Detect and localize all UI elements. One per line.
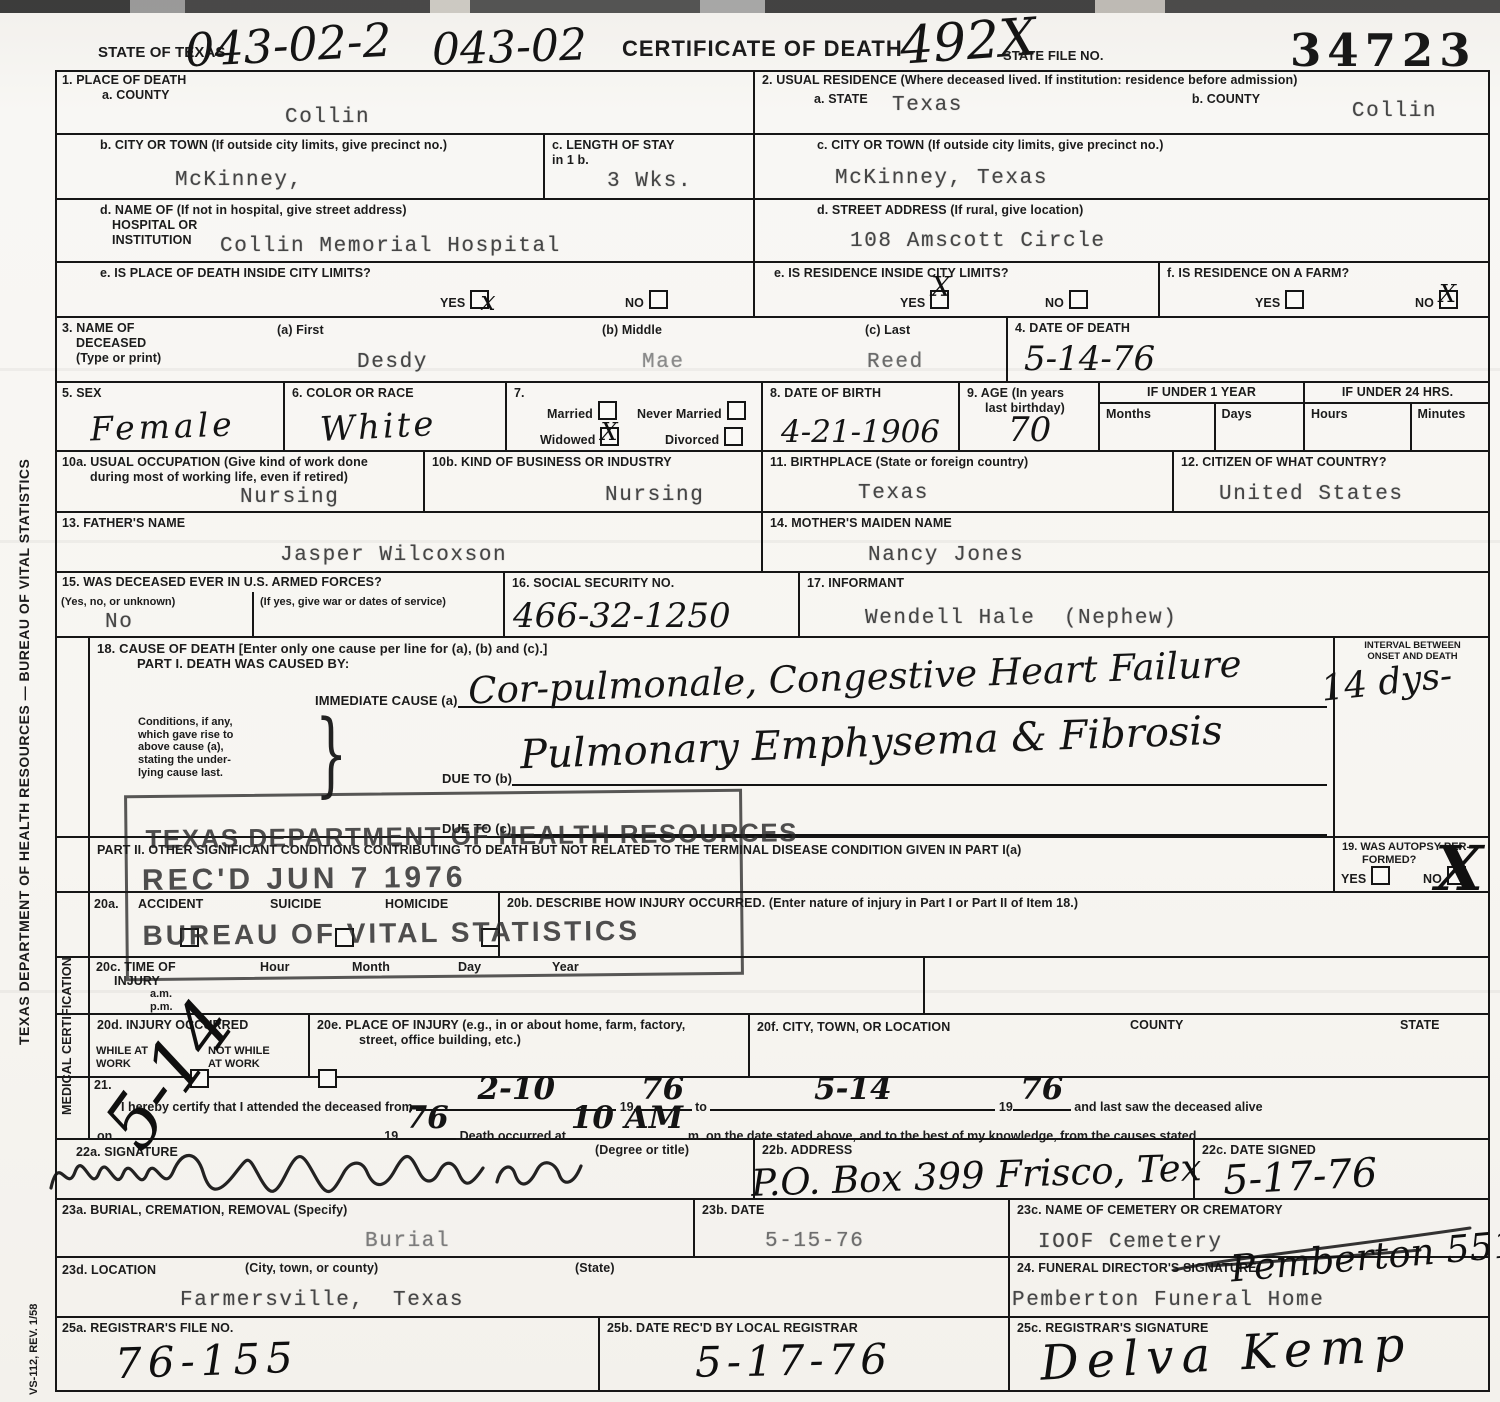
- burial-label: 23a. BURIAL, CREMATION, REMOVAL (Specify…: [62, 1203, 686, 1218]
- residence-limits-no-label: NO: [1045, 296, 1064, 310]
- injury-state-label: STATE: [1400, 1018, 1440, 1033]
- residence-limits-no-checkbox: [1069, 290, 1088, 309]
- ssn-label: 16. SOCIAL SECURITY NO.: [512, 576, 791, 591]
- widowed-label: Widowed: [540, 433, 595, 447]
- scan-smudge-top: [0, 0, 1500, 13]
- place-limits-yes-checkbox: x: [470, 290, 489, 309]
- place-of-injury-label2: street, office building, etc.): [359, 1033, 741, 1048]
- divorced-checkbox: [724, 427, 743, 446]
- farm-yes-checkbox: [1285, 290, 1304, 309]
- citizen-label: 12. CITIZEN OF WHAT COUNTRY?: [1181, 455, 1483, 470]
- time-of-injury-label1: 20c. TIME OF: [96, 960, 176, 975]
- residence-limits-yes-label: YES: [900, 296, 925, 310]
- handwritten-code-right: 043-02: [431, 19, 588, 75]
- field-date-of-birth: 8. DATE OF BIRTH 4-21-1906: [763, 383, 960, 450]
- birthplace-label: 11. BIRTHPLACE (State or foreign country…: [770, 455, 1165, 470]
- street-address-value: 108 Amscott Circle: [850, 230, 1106, 253]
- sex-label: 5. SEX: [62, 386, 276, 401]
- hospital-label2: HOSPITAL OR: [112, 218, 746, 233]
- business-label: 10b. KIND OF BUSINESS OR INDUSTRY: [432, 455, 754, 470]
- armed-forces-sub2-label: (If yes, give war or dates of service): [260, 596, 446, 608]
- cemetery-label: 23c. NAME OF CEMETERY OR CREMATORY: [1017, 1203, 1483, 1218]
- name-label3: (Type or print): [76, 351, 247, 366]
- accident-label: ACCIDENT: [138, 897, 203, 912]
- field-registrar-file-no: 25a. REGISTRAR'S FILE NO. 76-155: [55, 1318, 600, 1392]
- usual-residence-title: 2. USUAL RESIDENCE (Where deceased lived…: [762, 73, 1483, 88]
- farm-label: f. IS RESIDENCE ON A FARM?: [1167, 266, 1483, 281]
- field-age: 9. AGE (In years last birthday) 70: [960, 383, 1100, 450]
- medical-certification-strip: [55, 1078, 90, 1138]
- marital-num-label: 7.: [514, 386, 754, 401]
- widowed-checkbox: X: [600, 427, 619, 446]
- middle-name-value: Mae: [642, 351, 685, 374]
- handwritten-x-mark: x: [480, 288, 495, 315]
- due-to-c-value-line: [511, 810, 1327, 836]
- medical-certification-strip: [55, 638, 90, 836]
- state-file-no-label: STATE FILE NO.: [1003, 48, 1104, 63]
- divorced-label: Divorced: [665, 433, 719, 447]
- place-limits-no-label: NO: [625, 296, 644, 310]
- location-label: 23d. LOCATION: [62, 1263, 156, 1277]
- suicide-label: SUICIDE: [270, 897, 321, 912]
- injury-city-label: 20f. CITY, TOWN, OR LOCATION: [757, 1020, 950, 1034]
- field-certification: 21. I hereby certify that I attended the…: [90, 1078, 1490, 1138]
- place-city-value: McKinney,: [175, 169, 303, 192]
- homicide-label: HOMICIDE: [385, 897, 448, 912]
- handwritten-cert-number: 492X: [898, 7, 1038, 76]
- field-burial-location: 23d. LOCATION (City, town, or county) (S…: [55, 1258, 1010, 1316]
- homicide-checkbox: [481, 928, 500, 947]
- fathers-name-label: 13. FATHER'S NAME: [62, 516, 754, 531]
- hours-label: Hours: [1305, 404, 1412, 450]
- minutes-label: Minutes: [1412, 404, 1491, 450]
- field-birthplace: 11. BIRTHPLACE (State or foreign country…: [763, 452, 1174, 511]
- first-name-value: Desdy: [357, 351, 428, 374]
- field-marital-status: 7. Married Never Married WidowedX Divorc…: [507, 383, 763, 450]
- physician-signature: [45, 1146, 585, 1198]
- birthplace-value: Texas: [858, 482, 929, 505]
- age-value: 70: [1008, 410, 1051, 450]
- year-prefix: 19: [999, 1100, 1013, 1114]
- agency-vertical-label: TEXAS DEPARTMENT OF HEALTH RESOURCES — B…: [16, 265, 33, 1045]
- field-kind-of-business: 10b. KIND OF BUSINESS OR INDUSTRY Nursin…: [425, 452, 763, 511]
- registrar-file-label: 25a. REGISTRAR'S FILE NO.: [62, 1321, 591, 1336]
- funeral-home-typed-value: Pemberton Funeral Home: [1012, 1289, 1324, 1312]
- under-24-hrs-label: IF UNDER 24 HRS.: [1305, 383, 1490, 404]
- suicide-checkbox: [335, 928, 354, 947]
- autopsy-no-checkbox: X: [1447, 866, 1466, 885]
- field-usual-residence: 2. USUAL RESIDENCE (Where deceased lived…: [755, 70, 1490, 133]
- field-place-of-injury: 20e. PLACE OF INJURY (e.g., in or about …: [310, 1015, 750, 1076]
- field-length-of-stay: c. LENGTH OF STAY in 1 b. 3 Wks.: [545, 135, 755, 198]
- funeral-director-signature-flourish: [1170, 1222, 1490, 1292]
- mothers-name-label: 14. MOTHER'S MAIDEN NAME: [770, 516, 1483, 531]
- last-name-label: (c) Last: [865, 323, 910, 338]
- ssn-value: 466-32-1250: [513, 596, 731, 636]
- burial-date-label: 23b. DATE: [702, 1203, 1001, 1218]
- occupation-value: Nursing: [240, 486, 339, 509]
- autopsy-yes-label: YES: [1341, 872, 1366, 886]
- place-county-label: a. COUNTY: [102, 88, 746, 103]
- hospital-label1: d. NAME OF (If not in hospital, give str…: [100, 203, 746, 218]
- am-label: a.m.: [150, 988, 172, 1001]
- never-married-checkbox: [727, 401, 746, 420]
- due-to-b-label: DUE TO (b): [442, 771, 512, 786]
- date-recd-value: 5-17-76: [695, 1334, 893, 1386]
- field-color-or-race: 6. COLOR OR RACE White: [285, 383, 507, 450]
- interval-value: 14 dys-: [1319, 655, 1454, 709]
- place-limits-yes-label: YES: [440, 296, 465, 310]
- under-1-year-label: IF UNDER 1 YEAR: [1100, 383, 1303, 404]
- residence-state-label: a. STATE: [814, 92, 868, 106]
- field-residence-on-farm: f. IS RESIDENCE ON A FARM? YES NOX: [1160, 263, 1490, 316]
- field-ssn: 16. SOCIAL SECURITY NO. 466-32-1250: [505, 573, 800, 636]
- street-address-label: d. STREET ADDRESS (If rural, give locati…: [817, 203, 1483, 218]
- place-limits-no-checkbox: [649, 290, 668, 309]
- middle-name-label: (b) Middle: [602, 323, 662, 338]
- race-value: White: [319, 404, 437, 450]
- residence-state-value: Texas: [892, 94, 963, 117]
- to-year-blank: 76: [1013, 1093, 1071, 1111]
- informant-value: Wendell Hale (Nephew): [865, 607, 1177, 630]
- field-place-city: b. CITY OR TOWN (If outside city limits,…: [55, 135, 545, 198]
- autopsy-yes-checkbox: [1371, 866, 1390, 885]
- informant-label: 17. INFORMANT: [807, 576, 1483, 591]
- burial-value: Burial: [365, 1230, 450, 1253]
- field-place-of-death: 1. PLACE OF DEATH a. COUNTY Collin: [55, 70, 755, 133]
- location-value: Farmersville, Texas: [180, 1289, 464, 1312]
- handwritten-x-mark: X: [600, 420, 617, 444]
- field-date-of-death: 4. DATE OF DEATH 5-14-76: [1008, 318, 1490, 381]
- residence-limits-yes-checkbox: X: [930, 290, 949, 309]
- residence-city-value: McKinney, Texas: [835, 167, 1048, 190]
- race-label: 6. COLOR OR RACE: [292, 386, 498, 401]
- field-sex: 5. SEX Female: [55, 383, 285, 450]
- injury-county-label: COUNTY: [1130, 1018, 1183, 1033]
- attended-to-blank: 5-14: [710, 1093, 995, 1111]
- medical-certification-strip: [55, 838, 90, 891]
- field-informant: 17. INFORMANT Wendell Hale (Nephew): [800, 573, 1490, 636]
- field-armed-forces: 15. WAS DECEASED EVER IN U.S. ARMED FORC…: [55, 573, 505, 636]
- field-time-of-injury-blank: [925, 958, 1490, 1013]
- field-physician-address: 22b. ADDRESS P.O. Box 399 Frisco, Tex: [755, 1140, 1195, 1198]
- occupation-label1: 10a. USUAL OCCUPATION (Give kind of work…: [62, 455, 416, 470]
- place-city-label: b. CITY OR TOWN (If outside city limits,…: [100, 138, 536, 153]
- field-burial-cremation: 23a. BURIAL, CREMATION, REMOVAL (Specify…: [55, 1200, 695, 1256]
- fathers-name-value: Jasper Wilcoxson: [280, 544, 507, 567]
- date-signed-value: 5-17-76: [1222, 1150, 1378, 1204]
- name-label2: DECEASED: [76, 336, 247, 351]
- location-sub1-label: (City, town, or county): [245, 1261, 378, 1276]
- field-usual-occupation: 10a. USUAL OCCUPATION (Give kind of work…: [55, 452, 425, 511]
- farm-no-label: NO: [1415, 296, 1434, 310]
- place-county-value: Collin: [285, 106, 370, 129]
- handwritten-big-x: X: [1435, 838, 1483, 900]
- field-cause-of-death: 18. CAUSE OF DEATH [Enter only one cause…: [90, 638, 1335, 836]
- field-hospital: d. NAME OF (If not in hospital, give str…: [55, 200, 755, 261]
- field-if-under-24-hrs: IF UNDER 24 HRS. Hours Minutes: [1305, 383, 1490, 450]
- medical-certification-strip: [55, 1015, 90, 1076]
- field-burial-date: 23b. DATE 5-15-76: [695, 1200, 1010, 1256]
- last-name-value: Reed: [867, 351, 924, 374]
- field-registrar-signature: 25c. REGISTRAR'S SIGNATURE Delva Kemp: [1010, 1318, 1490, 1392]
- degree-or-title-label: (Degree or title): [595, 1143, 689, 1158]
- location-sub2-label: (State): [575, 1261, 615, 1276]
- name-label1: 3. NAME OF: [62, 321, 247, 336]
- sex-value: Female: [89, 404, 236, 448]
- mothers-name-value: Nancy Jones: [868, 544, 1024, 567]
- date-of-death-label: 4. DATE OF DEATH: [1015, 321, 1483, 336]
- describe-injury-label: 20b. DESCRIBE HOW INJURY OCCURRED. (Ente…: [507, 896, 1483, 911]
- residence-county-label: b. COUNTY: [1192, 92, 1260, 106]
- date-of-death-value: 5-14-76: [1024, 339, 1155, 379]
- date-of-birth-value: 4-21-1906: [781, 414, 940, 450]
- conditions-note: Conditions, if any, which gave rise to a…: [138, 716, 298, 779]
- field-describe-injury: 20b. DESCRIBE HOW INJURY OCCURRED. (Ente…: [500, 893, 1490, 956]
- length-of-stay-value: 3 Wks.: [607, 170, 692, 193]
- length-of-stay-label1: c. LENGTH OF STAY: [552, 138, 746, 153]
- place-limits-label: e. IS PLACE OF DEATH INSIDE CITY LIMITS?: [100, 266, 746, 281]
- death-time-blank: 10 AM: [569, 1122, 684, 1140]
- field-time-of-injury: 20c. TIME OF INJURY a.m. p.m. Hour Month…: [90, 958, 925, 1013]
- on-year-blank: 76: [398, 1122, 456, 1140]
- farm-yes-label: YES: [1255, 296, 1280, 310]
- certify-text2: and last saw the deceased alive: [1074, 1100, 1262, 1114]
- field-20a-num: 20a.: [94, 897, 119, 912]
- registrar-file-value: 76-155: [114, 1333, 299, 1388]
- field-accident-suicide-homicide: 20a. ACCIDENT SUICIDE HOMICIDE: [90, 893, 500, 956]
- field-citizen: 12. CITIZEN OF WHAT COUNTRY? United Stat…: [1174, 452, 1490, 511]
- field-date-recd: 25b. DATE REC'D BY LOCAL REGISTRAR 5-17-…: [600, 1318, 1010, 1392]
- date-of-birth-label: 8. DATE OF BIRTH: [770, 386, 951, 401]
- field-funeral-director: 24. FUNERAL DIRECTOR'S SIGNATURE Pembert…: [1010, 1258, 1490, 1316]
- armed-forces-value: No: [105, 611, 133, 634]
- field-fathers-name: 13. FATHER'S NAME Jasper Wilcoxson: [55, 513, 763, 571]
- handwritten-x-mark: X: [931, 274, 950, 301]
- handwritten-code-left: 043-02-2: [184, 13, 393, 78]
- field-interval: INTERVAL BETWEEN ONSET AND DEATH 14 dys-: [1335, 638, 1490, 836]
- date-recd-label: 25b. DATE REC'D BY LOCAL REGISTRAR: [607, 1321, 1001, 1336]
- never-married-label: Never Married: [637, 407, 722, 421]
- place-of-death-title: 1. PLACE OF DEATH: [62, 73, 746, 88]
- months-label: Months: [1100, 404, 1216, 450]
- occupation-label2: during most of working life, even if ret…: [90, 470, 416, 485]
- field-name-of-deceased: 3. NAME OF DECEASED (Type or print) (a) …: [55, 318, 1008, 381]
- form-code-label: VS-112, REV. 1/58: [28, 1245, 41, 1395]
- part2-label: PART II. OTHER SIGNIFICANT CONDITIONS CO…: [97, 843, 1326, 858]
- hospital-value: Collin Memorial Hospital: [220, 235, 561, 258]
- residence-city-label: c. CITY OR TOWN (If outside city limits,…: [817, 138, 1483, 153]
- field-street-address: d. STREET ADDRESS (If rural, give locati…: [755, 200, 1490, 261]
- residence-county-value: Collin: [1352, 100, 1437, 123]
- field-autopsy: 19. WAS AUTOPSY PER- FORMED? YES NOX: [1335, 838, 1490, 891]
- accident-checkbox: [180, 928, 199, 947]
- place-of-injury-label1: 20e. PLACE OF INJURY (e.g., in or about …: [317, 1018, 741, 1033]
- due-to-c-label: DUE TO (c): [442, 821, 511, 836]
- armed-forces-label: 15. WAS DECEASED EVER IN U.S. ARMED FORC…: [55, 573, 503, 592]
- due-to-b-value: Pulmonary Emphysema & Fibrosis: [520, 708, 1224, 779]
- burial-date-value: 5-15-76: [765, 1230, 864, 1253]
- time-of-injury-label2: INJURY: [114, 974, 160, 989]
- handwritten-x-mark: X: [1439, 282, 1456, 306]
- citizen-value: United States: [1219, 483, 1404, 506]
- document-title: CERTIFICATE OF DEATH: [622, 36, 903, 62]
- days-label: Days: [1216, 404, 1304, 450]
- month-label: Month: [352, 960, 390, 975]
- field-residence-city: c. CITY OR TOWN (If outside city limits,…: [755, 135, 1490, 198]
- business-value: Nursing: [605, 484, 704, 507]
- field-injury-city: 20f. CITY, TOWN, OR LOCATION COUNTY STAT…: [750, 1015, 1490, 1076]
- field-part2-conditions: PART II. OTHER SIGNIFICANT CONDITIONS CO…: [90, 838, 1335, 891]
- field-date-signed: 22c. DATE SIGNED 5-17-76: [1195, 1140, 1490, 1198]
- medical-certification-strip: [55, 958, 90, 1013]
- hour-label: Hour: [260, 960, 290, 975]
- death-certificate-scan: STATE OF TEXAS 043-02-2 043-02 CERTIFICA…: [0, 0, 1500, 1402]
- married-label: Married: [547, 407, 593, 421]
- day-label: Day: [458, 960, 481, 975]
- farm-no-checkbox: X: [1439, 290, 1458, 309]
- to-label: to: [695, 1100, 707, 1114]
- field-mothers-maiden-name: 14. MOTHER'S MAIDEN NAME Nancy Jones: [763, 513, 1490, 571]
- first-name-label: (a) First: [277, 323, 324, 338]
- length-of-stay-label2: in 1 b.: [552, 153, 746, 168]
- conditions-brace: }: [315, 700, 347, 807]
- field-residence-inside-limits: e. IS RESIDENCE INSIDE CITY LIMITS? YESX…: [755, 263, 1160, 316]
- armed-forces-sub1-label: (Yes, no, or unknown): [61, 596, 175, 608]
- field-place-inside-limits: e. IS PLACE OF DEATH INSIDE CITY LIMITS?…: [55, 263, 755, 316]
- medical-certification-strip: [55, 893, 90, 956]
- residence-limits-label: e. IS RESIDENCE INSIDE CITY LIMITS?: [774, 266, 1151, 281]
- year-label: Year: [552, 960, 579, 975]
- age-label1: 9. AGE (In years: [967, 386, 1091, 401]
- field-if-under-1-year: IF UNDER 1 YEAR Months Days: [1100, 383, 1305, 450]
